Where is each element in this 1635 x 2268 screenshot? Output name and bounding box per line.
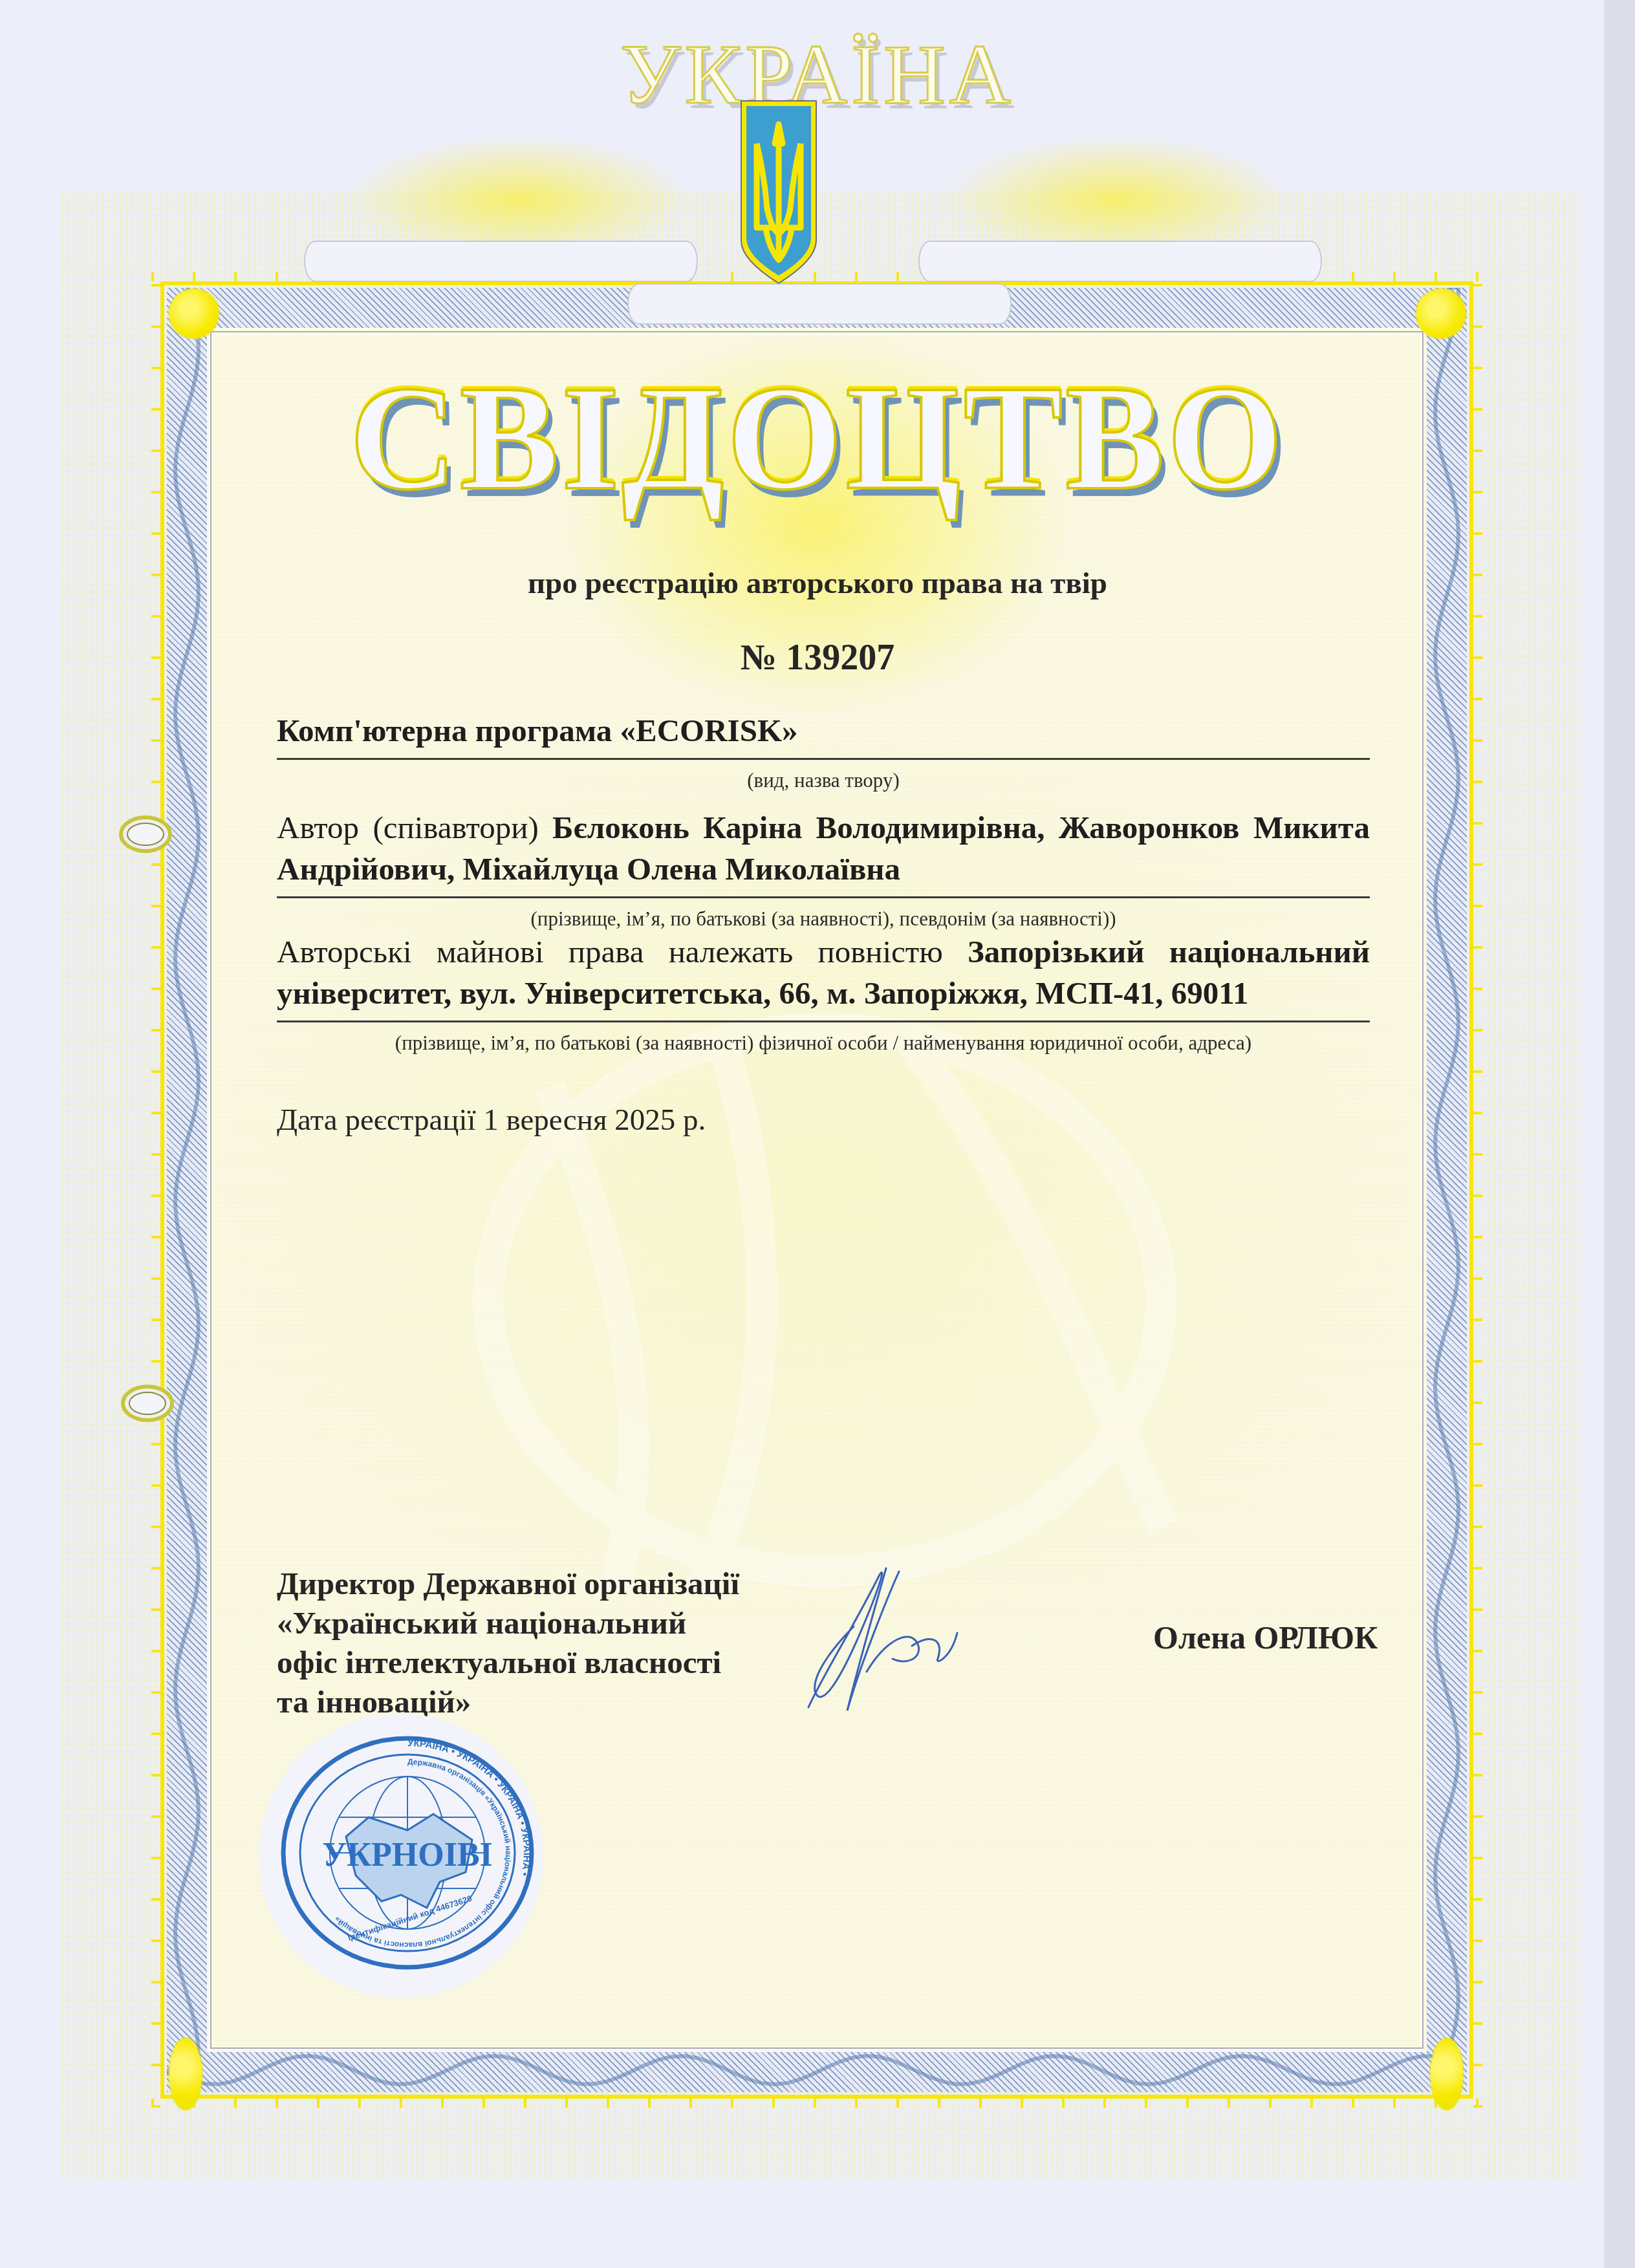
authors-label: Автор (співавтори)	[277, 810, 539, 845]
authors-field: Автор (співавтори) Бєлоконь Каріна Волод…	[277, 807, 1370, 931]
rights-holder-caption: (прізвище, ім’я, по батькові (за наявнос…	[277, 1031, 1370, 1055]
underline	[277, 1021, 1370, 1022]
director-position: Директор Державної організації «Українсь…	[277, 1564, 739, 1722]
bottom-wave-ornament	[167, 2050, 1467, 2090]
director-position-line: та інновацій»	[277, 1682, 739, 1722]
left-wave-ornament	[167, 288, 207, 2092]
ribbon-center	[627, 283, 1012, 325]
stamp-center-text: УКРНОІВІ	[322, 1837, 493, 1874]
rights-holder-label: Авторські майнові права належать повніст…	[277, 934, 943, 969]
trident-coat-of-arms-icon	[739, 98, 819, 286]
corner-medallion-top-right	[1416, 289, 1466, 338]
work-title: Комп'ютерна програма «ECORISK»	[277, 713, 798, 748]
official-seal-stamp: УКРАЇНА • УКРАЇНА • УКРАЇНА • УКРАЇНА • …	[278, 1733, 537, 1972]
binder-hole-icon	[118, 1381, 177, 1426]
corner-medallion-top-left	[169, 289, 219, 338]
signatory-name: Олена ОРЛЮК	[1153, 1619, 1378, 1656]
underline	[277, 896, 1370, 898]
director-position-line: «Український національний	[277, 1603, 739, 1643]
rights-holder-field: Авторські майнові права належать повніст…	[277, 931, 1370, 1055]
certificate-title: СВІДОЦТВО	[0, 352, 1635, 524]
underline	[277, 758, 1370, 760]
ribbon-right	[918, 241, 1322, 282]
right-wave-ornament	[1427, 288, 1467, 2092]
director-position-line: офіс інтелектуальної власності	[277, 1643, 739, 1682]
corner-medallion-bottom-left	[169, 2038, 202, 2110]
paper-edge-shadow	[1604, 0, 1635, 2268]
ribbon-left	[304, 241, 698, 282]
globe-watermark	[453, 1009, 1196, 1591]
registration-date: Дата реєстрації 1 вересня 2025 р.	[277, 1103, 706, 1138]
certificate-subtitle: про реєстрацію авторського права на твір	[0, 566, 1635, 601]
work-caption: (вид, назва твору)	[277, 769, 1370, 792]
work-field: Комп'ютерна програма «ECORISK» (вид, наз…	[277, 710, 1370, 792]
director-position-line: Директор Державної організації	[277, 1564, 739, 1603]
binder-hole-icon	[116, 812, 175, 857]
corner-medallion-bottom-right	[1431, 2038, 1463, 2110]
authors-caption: (прізвище, ім’я, по батькові (за наявнос…	[277, 907, 1370, 931]
handwritten-signature	[783, 1562, 1002, 1717]
certificate-number: № 139207	[0, 637, 1635, 678]
